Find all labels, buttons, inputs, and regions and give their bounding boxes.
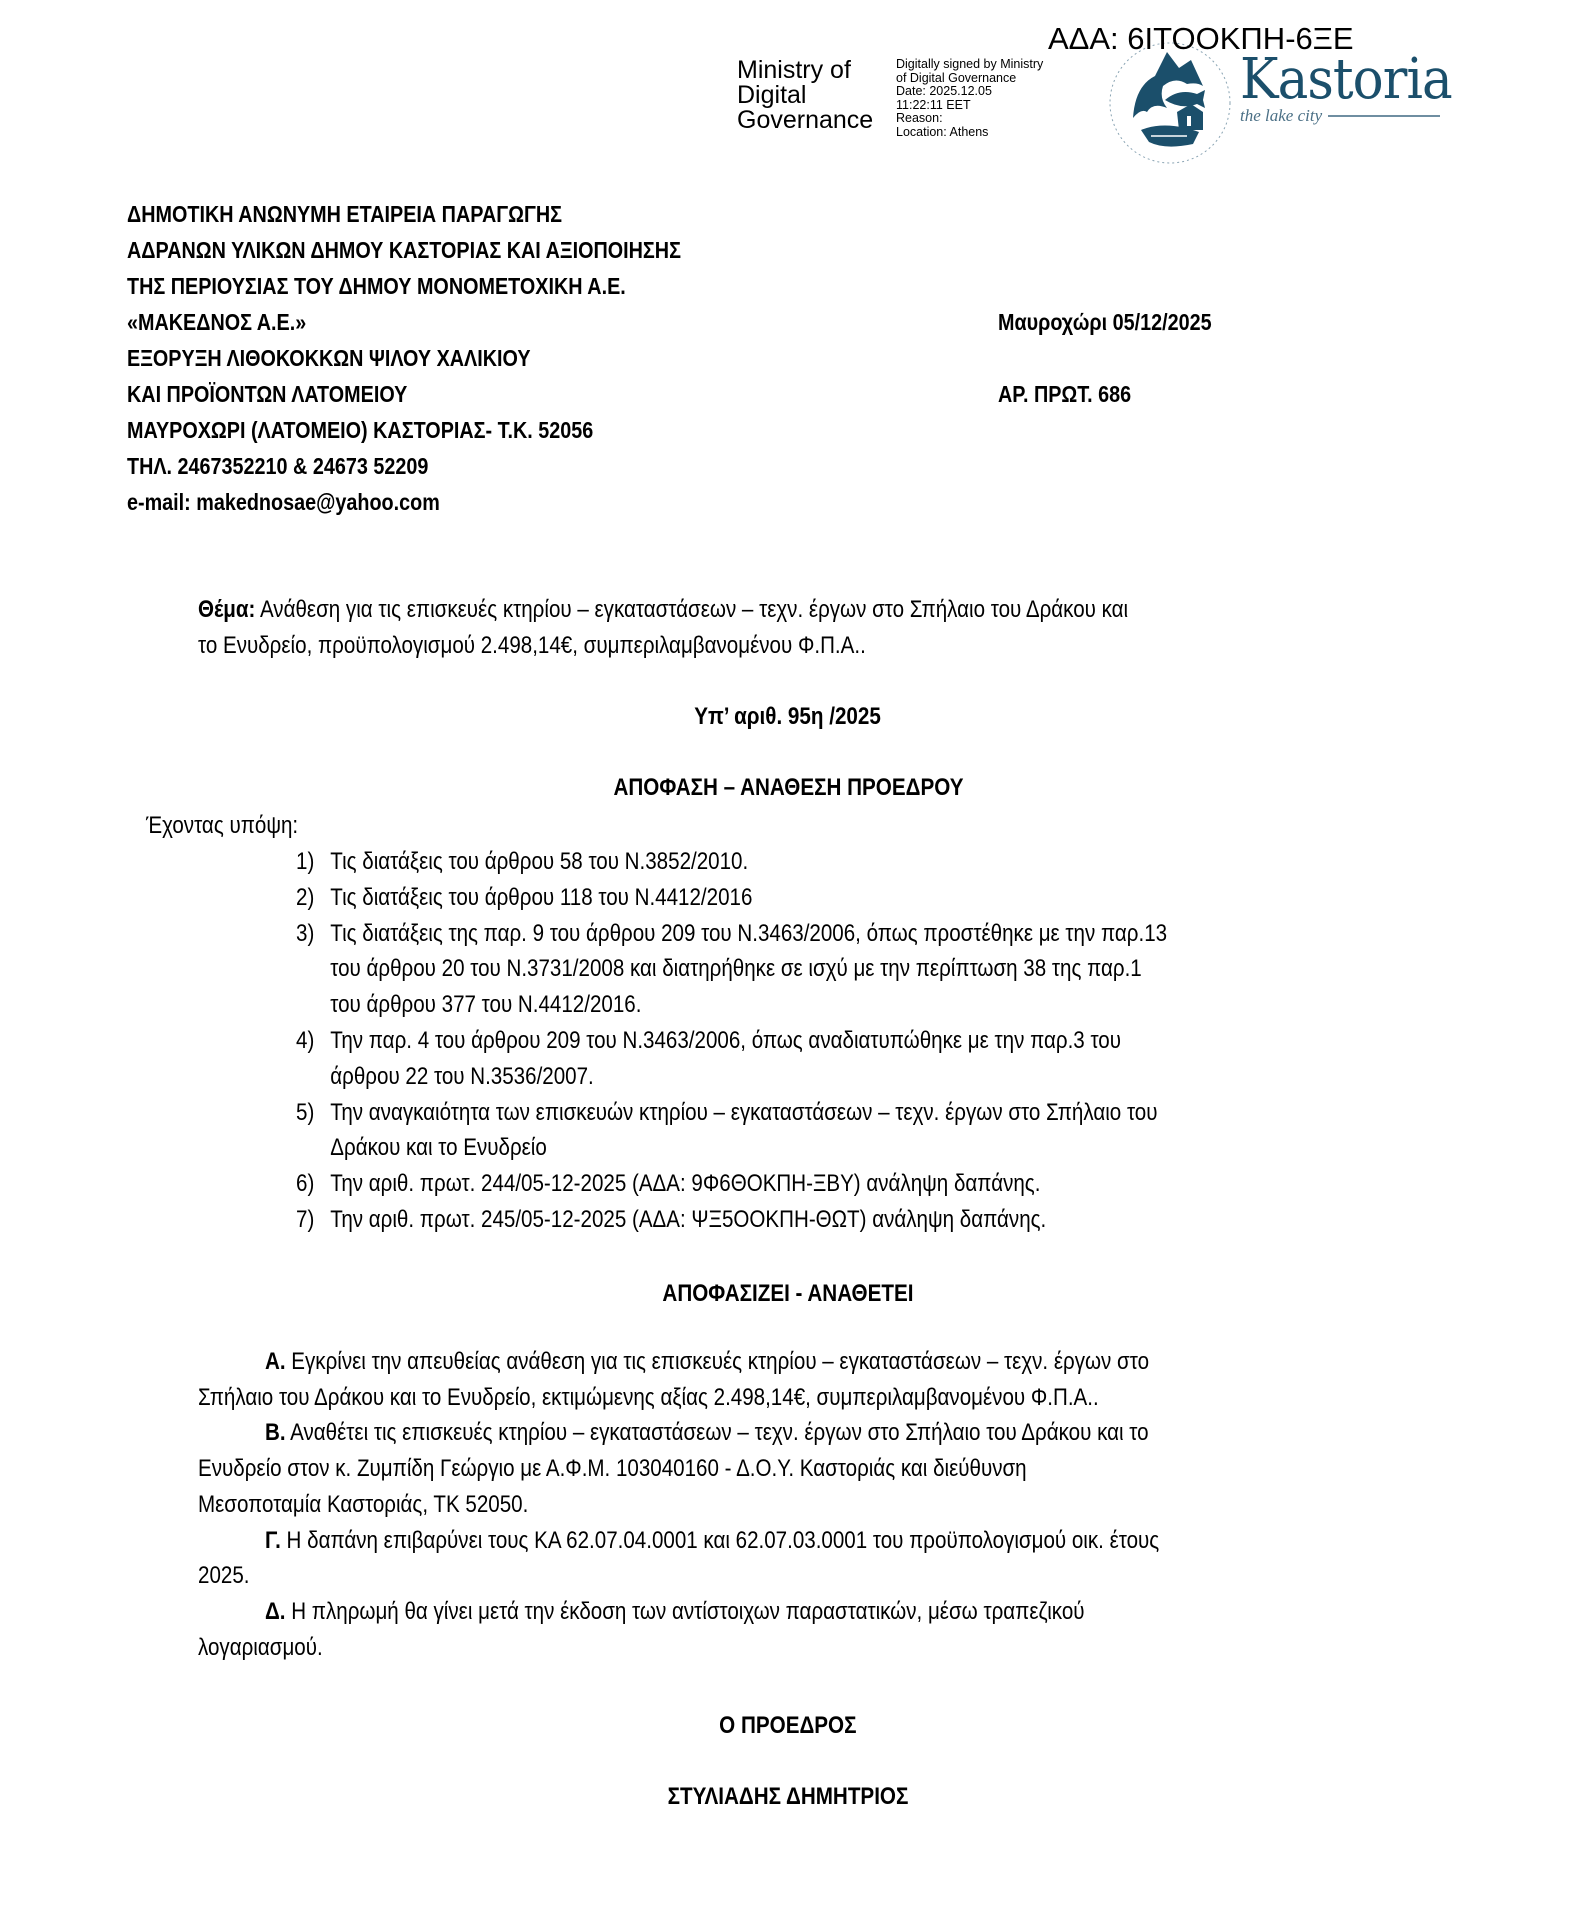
signature-line: Location: Athens [896, 126, 1043, 140]
considering-item-line: άρθρου 22 του Ν.3536/2007. [296, 1063, 594, 1091]
signatory-title-text: Ο ΠΡΟΕΔΡΟΣ [719, 1712, 856, 1740]
signature-line: 11:22:11 EET [896, 99, 1043, 113]
signature-line: Date: 2025.12.05 [896, 85, 1043, 99]
company-line: ΑΔΡΑΝΩΝ ΥΛΙΚΩΝ ΔΗΜΟΥ ΚΑΣΤΟΡΙΑΣ ΚΑΙ ΑΞΙΟΠ… [127, 237, 681, 263]
subject-label: Θέμα: [198, 596, 255, 623]
resolution-first-line: Α. Εγκρίνει την απευθείας ανάθεση για τι… [265, 1348, 1149, 1376]
subject-text: Ανάθεση για τις επισκευές κτηρίου – εγκα… [260, 596, 1128, 623]
considering-item-line: του άρθρου 20 του Ν.3731/2008 και διατηρ… [296, 955, 1142, 983]
list-number: 3) [296, 920, 330, 948]
considering-item-line: 5)Την αναγκαιότητα των επισκευών κτηρίου… [296, 1099, 1157, 1127]
kastoria-brand: Kastoria the lake city [1240, 50, 1470, 126]
tagline-rule [1328, 115, 1440, 117]
place-date: Μαυροχώρι 05/12/2025 [998, 309, 1212, 335]
company-line: ΕΞΟΡΥΞΗ ΛΙΘΟΚΟΚΚΩΝ ΨΙΛΟΥ ΧΑΛΙΚΙΟΥ [127, 345, 531, 371]
list-item-text: Την αριθ. πρωτ. 245/05-12-2025 (ΑΔΑ: ΨΞ5… [330, 1206, 1046, 1233]
resolution-continuation-line: 2025. [198, 1562, 249, 1590]
digital-signature-details: Digitally signed by Ministry of Digital … [896, 58, 1043, 140]
signatory-title: Ο ΠΡΟΕΔΡΟΣ [0, 1712, 1576, 1740]
list-number: 6) [296, 1170, 330, 1198]
list-number: 7) [296, 1206, 330, 1234]
considering-item-line: 1)Τις διατάξεις του άρθρου 58 του Ν.3852… [296, 848, 748, 876]
resolution-continuation-line: Σπήλαιο του Δράκου και το Ενυδρείο, εκτι… [198, 1384, 1099, 1412]
resolves-title: ΑΠΟΦΑΣΙΖΕΙ - ΑΝΑΘΕΤΕΙ [0, 1280, 1576, 1308]
resolution-continuation-line: λογαριασμού. [198, 1634, 323, 1662]
list-item-text: άρθρου 22 του Ν.3536/2007. [330, 1063, 593, 1090]
list-item-text: Τις διατάξεις της παρ. 9 του άρθρου 209 … [330, 920, 1167, 947]
considering-item-line: 2)Τις διατάξεις του άρθρου 118 του Ν.441… [296, 884, 752, 912]
ministry-signature-title: Ministry of Digital Governance [737, 58, 873, 133]
considering-item-line: 7)Την αριθ. πρωτ. 245/05-12-2025 (ΑΔΑ: Ψ… [296, 1206, 1046, 1234]
resolution-text: Εγκρίνει την απευθείας ανάθεση για τις ε… [291, 1348, 1149, 1375]
company-email: e-mail: makednosae@yahoo.com [127, 489, 440, 515]
resolution-label: Β. [265, 1419, 286, 1446]
resolution-first-line: Δ. Η πληρωμή θα γίνει μετά την έκδοση τω… [265, 1598, 1085, 1626]
resolution-text: Η δαπάνη επιβαρύνει τους ΚΑ 62.07.04.000… [287, 1527, 1160, 1554]
considering-item-line: 3)Τις διατάξεις της παρ. 9 του άρθρου 20… [296, 920, 1167, 948]
considering-item-line: του άρθρου 377 του Ν.4412/2016. [296, 991, 641, 1019]
decision-title-text: ΑΠΟΦΑΣΗ – ΑΝΑΘΕΣΗ ΠΡΟΕΔΡΟΥ [613, 774, 963, 802]
ministry-line: Governance [737, 108, 873, 133]
company-line: ΤΗΛ. 2467352210 & 24673 52209 [127, 453, 428, 479]
subject-line-2: το Ενυδρείο, προϋπολογισμού 2.498,14€, σ… [198, 632, 866, 660]
list-number: 1) [296, 848, 330, 876]
company-line: ΚΑΙ ΠΡΟΪΟΝΤΩΝ ΛΑΤΟΜΕΙΟΥ [127, 381, 407, 407]
company-line: «ΜΑΚΕΔΝΟΣ Α.Ε.» [127, 309, 306, 335]
decision-number: Υπ’ αριθ. 95η /2025 [0, 703, 1576, 731]
considering-item-line: 4)Την παρ. 4 του άρθρου 209 του Ν.3463/2… [296, 1027, 1121, 1055]
resolution-text: Η πληρωμή θα γίνει μετά την έκδοση των α… [291, 1598, 1084, 1625]
company-line: ΤΗΣ ΠΕΡΙΟΥΣΙΑΣ ΤΟΥ ΔΗΜΟΥ ΜΟΝΟΜΕΤΟΧΙΚΗ Α.… [127, 273, 626, 299]
resolves-title-text: ΑΠΟΦΑΣΙΖΕΙ - ΑΝΑΘΕΤΕΙ [662, 1280, 913, 1308]
resolution-text: Αναθέτει τις επισκευές κτηρίου – εγκατασ… [290, 1419, 1148, 1446]
protocol-number: ΑΡ. ΠΡΩΤ. 686 [998, 381, 1131, 407]
list-item-text: Τις διατάξεις του άρθρου 58 του Ν.3852/2… [330, 848, 748, 875]
kastoria-seal-logo-icon [1105, 38, 1235, 168]
signatory-name-text: ΣΤΥΛΙΑΔΗΣ ΔΗΜΗΤΡΙΟΣ [668, 1783, 909, 1811]
resolution-continuation-line: Ενυδρείο στον κ. Ζυμπίδη Γεώργιο με Α.Φ.… [198, 1455, 1027, 1483]
list-item-text: Δράκου και το Ενυδρείο [330, 1134, 547, 1161]
ministry-line: Ministry of [737, 58, 873, 83]
resolution-label: Δ. [265, 1598, 286, 1625]
brand-name: Kastoria [1240, 50, 1452, 110]
subject-line-1: Θέμα: Ανάθεση για τις επισκευές κτηρίου … [198, 596, 1128, 624]
ministry-line: Digital [737, 83, 873, 108]
list-item-text: Την αριθ. πρωτ. 244/05-12-2025 (ΑΔΑ: 9Φ6… [330, 1170, 1040, 1197]
considering-item-line: 6)Την αριθ. πρωτ. 244/05-12-2025 (ΑΔΑ: 9… [296, 1170, 1040, 1198]
decision-number-text: Υπ’ αριθ. 95η /2025 [695, 703, 882, 731]
company-line: ΔΗΜΟΤΙΚΗ ΑΝΩΝΥΜΗ ΕΤΑΙΡΕΙΑ ΠΑΡΑΓΩΓΗΣ [127, 201, 562, 227]
resolution-first-line: Γ. Η δαπάνη επιβαρύνει τους ΚΑ 62.07.04.… [265, 1527, 1159, 1555]
resolution-continuation-line: Μεσοποταμία Καστοριάς, ΤΚ 52050. [198, 1491, 528, 1519]
list-item-text: Την αναγκαιότητα των επισκευών κτηρίου –… [330, 1099, 1157, 1126]
considering-intro: Έχοντας υπόψη: [146, 812, 298, 840]
list-item-text: Την παρ. 4 του άρθρου 209 του Ν.3463/200… [330, 1027, 1121, 1054]
decision-title: ΑΠΟΦΑΣΗ – ΑΝΑΘΕΣΗ ΠΡΟΕΔΡΟΥ [0, 774, 1576, 802]
list-item-text: του άρθρου 20 του Ν.3731/2008 και διατηρ… [330, 955, 1141, 982]
considering-item-line: Δράκου και το Ενυδρείο [296, 1134, 547, 1162]
list-number: 4) [296, 1027, 330, 1055]
list-item-text: Τις διατάξεις του άρθρου 118 του Ν.4412/… [330, 884, 752, 911]
signature-line: Digitally signed by Ministry [896, 58, 1043, 72]
company-line: ΜΑΥΡΟΧΩΡΙ (ΛΑΤΟΜΕΙΟ) ΚΑΣΤΟΡΙΑΣ- Τ.Κ. 520… [127, 417, 593, 443]
signature-line: of Digital Governance [896, 72, 1043, 86]
list-item-text: του άρθρου 377 του Ν.4412/2016. [330, 991, 641, 1018]
list-number: 5) [296, 1099, 330, 1127]
resolution-first-line: Β. Αναθέτει τις επισκευές κτηρίου – εγκα… [265, 1419, 1149, 1447]
resolution-label: Γ. [265, 1527, 281, 1554]
resolution-label: Α. [265, 1348, 286, 1375]
ada-code: ΑΔΑ: 6ΙΤΟΟΚΠΗ-6ΞΕ [1048, 22, 1354, 56]
signatory-name: ΣΤΥΛΙΑΔΗΣ ΔΗΜΗΤΡΙΟΣ [0, 1783, 1576, 1811]
signature-line: Reason: [896, 112, 1043, 126]
list-number: 2) [296, 884, 330, 912]
